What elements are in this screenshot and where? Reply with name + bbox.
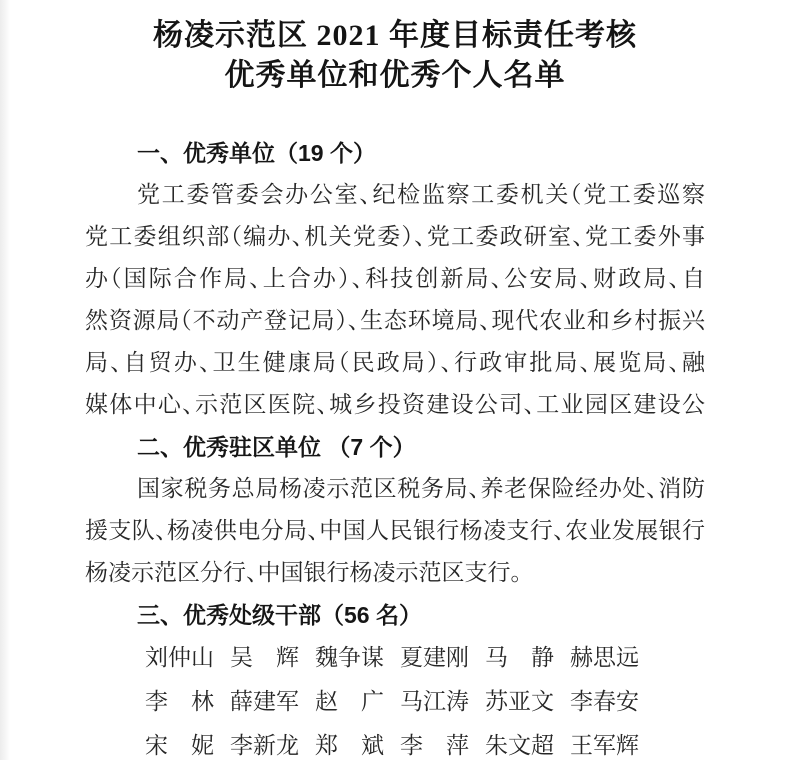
section-3-heading: 三、优秀处级干部（56 名）: [85, 594, 705, 636]
cadre-name: 吴 辉: [230, 636, 299, 680]
cadre-name: 宋 妮: [145, 724, 214, 760]
cadre-name: 王军辉: [570, 724, 639, 760]
section-resident-units: 二、优秀驻区单位 （7 个） 国家税务总局杨凌示范区税务局、养老保险经办处、消防…: [85, 426, 705, 594]
cadre-name: 薛建军: [230, 680, 299, 724]
cadre-name: 赵 广: [315, 680, 384, 724]
cadre-name: 李 林: [145, 680, 214, 724]
cadre-name: 刘仲山: [145, 636, 214, 680]
cadre-name: 苏亚文: [485, 680, 554, 724]
section-2-paragraph: 国家税务总局杨凌示范区税务局、养老保险经办处、消防救 援支队、杨凌供电分局、中国…: [85, 468, 705, 594]
section-excellent-units: 一、优秀单位（19 个） 党工委管委会办公室、纪检监察工委机关（党工委巡察办）、…: [85, 132, 705, 426]
cadre-name-list: 刘仲山 吴 辉 魏争谋 夏建刚 马 静 赫思远 李 林 薛建军 赵 广 马江涛 …: [145, 636, 705, 760]
name-row: 宋 妮 李新龙 郑 斌 李 萍 朱文超 王军辉: [145, 724, 705, 760]
paragraph-line: 国家税务总局杨凌示范区税务局、养老保险经办处、消防救: [85, 468, 705, 510]
name-row: 刘仲山 吴 辉 魏争谋 夏建刚 马 静 赫思远: [145, 636, 705, 680]
cadre-name: 李 萍: [400, 724, 469, 760]
paragraph-line: 然资源局（不动产登记局）、生态环境局、现代农业和乡村振兴: [85, 300, 705, 342]
paragraph-line: 局、自贸办、卫生健康局（民政局）、行政审批局、展览局、融: [85, 342, 705, 384]
document-page: 杨凌示范区 2021 年度目标责任考核 优秀单位和优秀个人名单 一、优秀单位（1…: [0, 0, 800, 760]
section-2-heading: 二、优秀驻区单位 （7 个）: [85, 426, 705, 468]
cadre-name: 李春安: [570, 680, 639, 724]
section-1-heading: 一、优秀单位（19 个）: [85, 132, 705, 174]
cadre-name: 夏建刚: [400, 636, 469, 680]
title-line-1: 杨凌示范区 2021 年度目标责任考核: [85, 16, 705, 56]
document-title: 杨凌示范区 2021 年度目标责任考核 优秀单位和优秀个人名单: [85, 16, 705, 96]
cadre-name: 李新龙: [230, 724, 299, 760]
paragraph-line: 党工委管委会办公室、纪检监察工委机关（党工委巡察办）、: [85, 174, 705, 216]
paragraph-line: 援支队、杨凌供电分局、中国人民银行杨凌支行、农业发展银行: [85, 510, 705, 552]
document-content: 杨凌示范区 2021 年度目标责任考核 优秀单位和优秀个人名单 一、优秀单位（1…: [0, 0, 800, 760]
paragraph-line: 杨凌示范区分行、中国银行杨凌示范区支行。: [85, 552, 705, 594]
cadre-name: 马 静: [485, 636, 554, 680]
cadre-name: 魏争谋: [315, 636, 384, 680]
title-line-2: 优秀单位和优秀个人名单: [85, 56, 705, 96]
cadre-name: 郑 斌: [315, 724, 384, 760]
section-1-paragraph: 党工委管委会办公室、纪检监察工委机关（党工委巡察办）、 党工委组织部（编办、机关…: [85, 174, 705, 426]
cadre-name: 朱文超: [485, 724, 554, 760]
section-excellent-cadres: 三、优秀处级干部（56 名） 刘仲山 吴 辉 魏争谋 夏建刚 马 静 赫思远 李…: [85, 594, 705, 760]
cadre-name: 马江涛: [400, 680, 469, 724]
paragraph-line: 办（国际合作局、上合办）、科技创新局、公安局、财政局、自: [85, 258, 705, 300]
paragraph-line: 媒体中心、示范区医院、城乡投资建设公司、工业园区建设公司。: [85, 384, 705, 426]
paragraph-line: 党工委组织部（编办、机关党委）、党工委政研室、党工委外事: [85, 216, 705, 258]
name-row: 李 林 薛建军 赵 广 马江涛 苏亚文 李春安: [145, 680, 705, 724]
cadre-name: 赫思远: [570, 636, 639, 680]
